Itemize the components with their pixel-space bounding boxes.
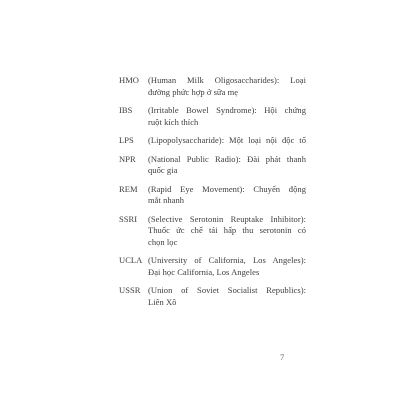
entry-hmo: HMO (Human Milk Oligosaccharides): Loại …: [119, 75, 306, 98]
definition-line: mắt nhanh: [148, 195, 306, 207]
abbr-term: REM: [119, 184, 148, 207]
entry-ibs: IBS (Irritable Bowel Syndrome): Hội chứn…: [119, 105, 306, 128]
abbr-definition: (Union of Soviet Socialist Republics): L…: [148, 285, 306, 308]
abbr-term: LPS: [119, 135, 148, 147]
definition-line: (National Public Radio): Đài phát thanh: [148, 154, 306, 166]
definition-line: đường phức hợp ở sữa mẹ: [148, 87, 306, 99]
abbr-definition: (Irritable Bowel Syndrome): Hội chứng ru…: [148, 105, 306, 128]
definition-line: chọn lọc: [148, 237, 306, 249]
definition-line: (Rapid Eye Movement): Chuyển động: [148, 184, 306, 196]
definition-line: Thuốc ức chế tái hấp thu serotonin có: [148, 225, 306, 237]
abbr-term: SSRI: [119, 214, 148, 249]
abbr-term: IBS: [119, 105, 148, 128]
definition-line: (Lipopolysaccharide): Một loại nội độc t…: [148, 135, 306, 147]
definition-line: (Human Milk Oligosaccharides): Loại: [148, 75, 306, 87]
definition-line: (University of California, Los Angeles):: [148, 255, 306, 267]
book-page: HMO (Human Milk Oligosaccharides): Loại …: [0, 0, 400, 400]
definition-line: Liên Xô: [148, 297, 306, 309]
definition-line: (Irritable Bowel Syndrome): Hội chứng: [148, 105, 306, 117]
abbr-definition: (National Public Radio): Đài phát thanh …: [148, 154, 306, 177]
definition-line: ruột kích thích: [148, 117, 306, 129]
abbr-term: USSR: [119, 285, 148, 308]
abbr-term: UCLA: [119, 255, 148, 278]
abbr-definition: (University of California, Los Angeles):…: [148, 255, 306, 278]
abbr-term: HMO: [119, 75, 148, 98]
entry-npr: NPR (National Public Radio): Đài phát th…: [119, 154, 306, 177]
definition-line: (Selective Serotonin Reuptake Inhibitor)…: [148, 214, 306, 226]
abbr-definition: (Human Milk Oligosaccharides): Loại đườn…: [148, 75, 306, 98]
definition-line: quốc gia: [148, 165, 306, 177]
abbreviation-list: HMO (Human Milk Oligosaccharides): Loại …: [119, 75, 306, 315]
definition-line: Đại học California, Los Angeles: [148, 267, 306, 279]
entry-lps: LPS (Lipopolysaccharide): Một loại nội đ…: [119, 135, 306, 147]
page-number: 7: [280, 352, 284, 362]
definition-line: (Union of Soviet Socialist Republics):: [148, 285, 306, 297]
entry-ussr: USSR (Union of Soviet Socialist Republic…: [119, 285, 306, 308]
abbr-term: NPR: [119, 154, 148, 177]
entry-rem: REM (Rapid Eye Movement): Chuyển động mắ…: [119, 184, 306, 207]
abbr-definition: (Rapid Eye Movement): Chuyển động mắt nh…: [148, 184, 306, 207]
entry-ucla: UCLA (University of California, Los Ange…: [119, 255, 306, 278]
abbr-definition: (Selective Serotonin Reuptake Inhibitor)…: [148, 214, 306, 249]
entry-ssri: SSRI (Selective Serotonin Reuptake Inhib…: [119, 214, 306, 249]
abbr-definition: (Lipopolysaccharide): Một loại nội độc t…: [148, 135, 306, 147]
